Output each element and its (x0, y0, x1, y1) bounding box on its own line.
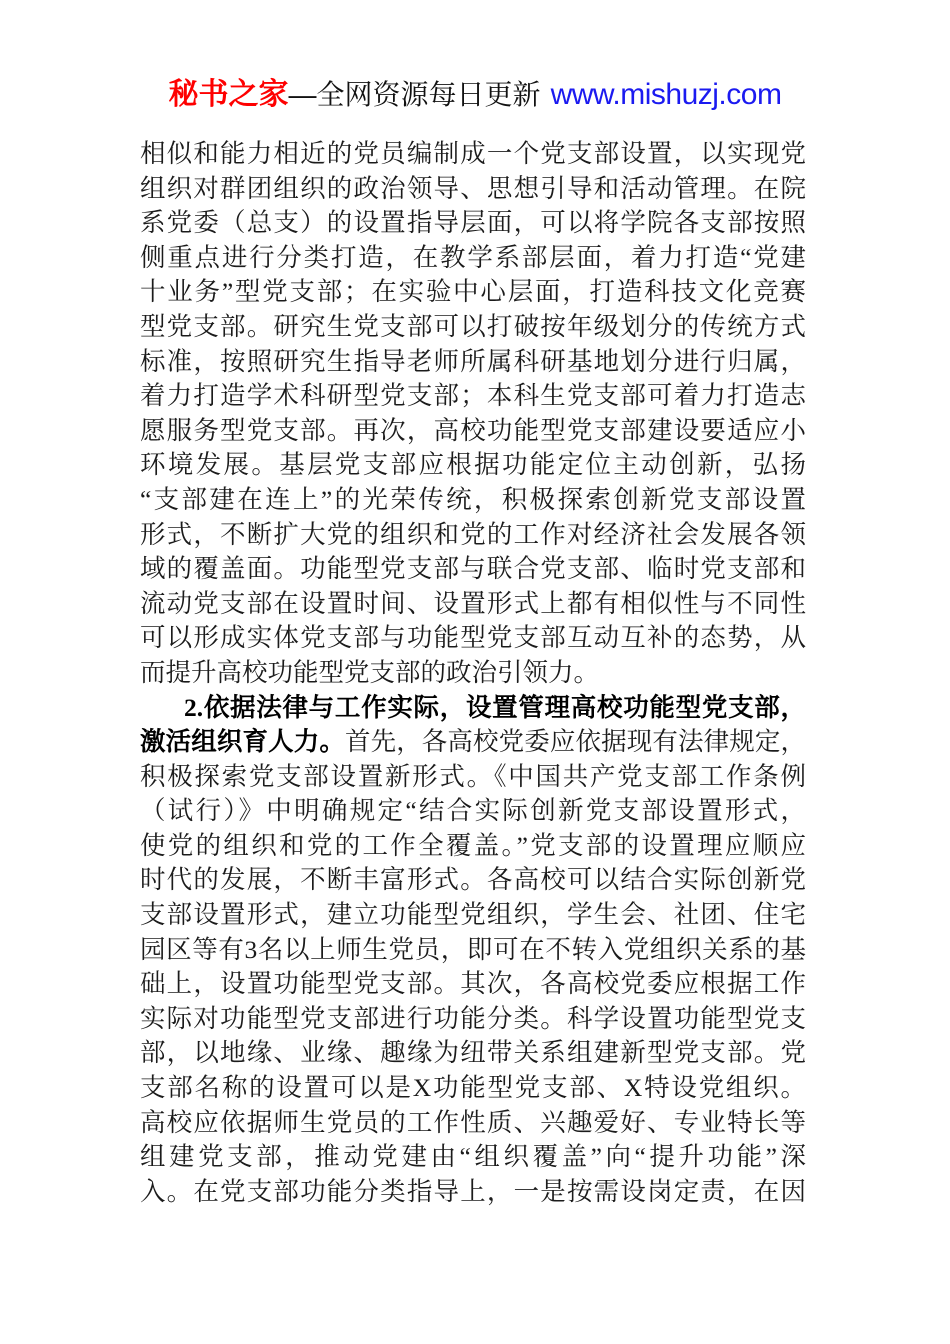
site-name: 秘书之家 (169, 78, 289, 111)
text-line: 支部名称的设置可以是X功能型党支部、X特设党组织。 (140, 1071, 806, 1106)
text-line: 可以形成实体党支部与功能型党支部互动互补的态势，从 (140, 621, 806, 656)
text-line: 组织对群团组织的政治领导、思想引导和活动管理。在院 (140, 172, 806, 207)
text-segment: 支部名称的设置可以是X功能型党支部、X特设党组织。 (140, 1073, 806, 1102)
text-segment: 础上，设置功能型党支部。其次，各高校党委应根据工作 (140, 969, 806, 998)
text-segment: 首先，各高校党委应依据现有法律规定， (345, 727, 806, 756)
text-segment: 形式，不断扩大党的组织和党的工作对经济社会发展各领 (140, 520, 806, 549)
text-line: 础上，设置功能型党支部。其次，各高校党委应根据工作 (140, 967, 806, 1002)
text-segment: 部，以地缘、业缘、趣缘为纽带关系组建新型党支部。党 (140, 1038, 806, 1067)
text-line: 系党委（总支）的设置指导层面，可以将学院各支部按照 (140, 206, 806, 241)
text-segment: 实际对功能型党支部进行功能分类。科学设置功能型党支 (140, 1004, 806, 1033)
text-segment: 型党支部。研究生党支部可以打破按年级划分的传统方式 (140, 312, 806, 341)
text-line: 部，以地缘、业缘、趣缘为纽带关系组建新型党支部。党 (140, 1036, 806, 1071)
text-segment: 组织对群团组织的政治领导、思想引导和活动管理。在院 (140, 174, 806, 203)
text-line: 支部设置形式，建立功能型党组织，学生会、社团、住宅 (140, 898, 806, 933)
text-segment: 支部设置形式，建立功能型党组织，学生会、社团、住宅 (140, 900, 806, 929)
text-line: 实际对功能型党支部进行功能分类。科学设置功能型党支 (140, 1002, 806, 1037)
text-line: 十业务”型党支部；在实验中心层面，打造科技文化竞赛 (140, 275, 806, 310)
text-line: 园区等有3名以上师生党员，即可在不转入党组织关系的基 (140, 933, 806, 968)
text-segment: 可以形成实体党支部与功能型党支部互动互补的态势，从 (140, 623, 806, 652)
text-line: 组建党支部，推动党建由“组织覆盖”向“提升功能”深 (140, 1140, 806, 1175)
site-tagline: 全网资源每日更新 (317, 79, 541, 110)
text-segment: 标准，按照研究生指导老师所属科研基地划分进行归属， (140, 347, 806, 376)
text-line: 着力打造学术科研型党支部；本科生党支部可着力打造志 (140, 379, 806, 414)
text-line: “支部建在连上”的光荣传统，积极探索创新党支部设置 (140, 483, 806, 518)
text-segment: 而提升高校功能型党支部的政治引领力。 (140, 658, 599, 687)
text-segment: 使党的组织和党的工作全覆盖。”党支部的设置理应顺应 (140, 831, 806, 860)
text-segment: 十业务”型党支部；在实验中心层面，打造科技文化竞赛 (140, 277, 806, 306)
text-segment: 组建党支部，推动党建由“组织覆盖”向“提升功能”深 (140, 1142, 806, 1171)
bold-text-segment: 激活组织育人力。 (140, 727, 345, 756)
text-segment: 入。在党支部功能分类指导上，一是按需设岗定责，在因 (140, 1177, 806, 1206)
text-line: 高校应依据师生党员的工作性质、兴趣爱好、专业特长等 (140, 1106, 806, 1141)
site-url-link[interactable]: www.mishuzj.com (551, 78, 782, 111)
bold-text-segment: 2.依据法律与工作实际，设置管理高校功能型党支部， (184, 693, 806, 722)
text-line: 标准，按照研究生指导老师所属科研基地划分进行归属， (140, 345, 806, 380)
text-segment: 着力打造学术科研型党支部；本科生党支部可着力打造志 (140, 381, 806, 410)
text-line: 积极探索党支部设置新形式。《中国共产党支部工作条例 (140, 760, 806, 795)
text-segment: 域的覆盖面。功能型党支部与联合党支部、临时党支部和 (140, 554, 806, 583)
text-line: 形式，不断扩大党的组织和党的工作对经济社会发展各领 (140, 518, 806, 553)
text-segment: （试行）》中明确规定“结合实际创新党支部设置形式， (140, 796, 806, 825)
text-segment: 相似和能力相近的党员编制成一个党支部设置，以实现党 (140, 139, 806, 168)
text-segment: 流动党支部在设置时间、设置形式上都有相似性与不同性 (140, 589, 806, 618)
text-segment: 环境发展。基层党支部应根据功能定位主动创新，弘扬 (140, 450, 806, 479)
document-page: 秘书之家—全网资源每日更新www.mishuzj.com 相似和能力相近的党员编… (0, 0, 950, 1344)
text-line: 域的覆盖面。功能型党支部与联合党支部、临时党支部和 (140, 552, 806, 587)
text-segment: 时代的发展，不断丰富形式。各高校可以结合实际创新党 (140, 865, 806, 894)
text-line: 时代的发展，不断丰富形式。各高校可以结合实际创新党 (140, 863, 806, 898)
text-segment: 系党委（总支）的设置指导层面，可以将学院各支部按照 (140, 208, 806, 237)
text-segment: “支部建在连上”的光荣传统，积极探索创新党支部设置 (140, 485, 806, 514)
header-separator: — (289, 79, 317, 110)
text-line: 流动党支部在设置时间、设置形式上都有相似性与不同性 (140, 587, 806, 622)
text-line: 而提升高校功能型党支部的政治引领力。 (140, 656, 806, 691)
text-line: 环境发展。基层党支部应根据功能定位主动创新，弘扬 (140, 448, 806, 483)
text-line: 愿服务型党支部。再次，高校功能型党支部建设要适应小 (140, 414, 806, 449)
text-line: 侧重点进行分类打造，在教学系部层面，着力打造“党建 (140, 241, 806, 276)
site-header: 秘书之家—全网资源每日更新www.mishuzj.com (0, 72, 950, 118)
text-line: 2.依据法律与工作实际，设置管理高校功能型党支部， (140, 691, 806, 726)
text-line: 激活组织育人力。首先，各高校党委应依据现有法律规定， (140, 725, 806, 760)
document-body: 相似和能力相近的党员编制成一个党支部设置，以实现党组织对群团组织的政治领导、思想… (140, 137, 806, 1209)
text-segment: 高校应依据师生党员的工作性质、兴趣爱好、专业特长等 (140, 1108, 806, 1137)
text-line: 入。在党支部功能分类指导上，一是按需设岗定责，在因 (140, 1175, 806, 1210)
text-line: （试行）》中明确规定“结合实际创新党支部设置形式， (140, 794, 806, 829)
text-segment: 积极探索党支部设置新形式。《中国共产党支部工作条例 (140, 762, 806, 791)
text-segment: 侧重点进行分类打造，在教学系部层面，着力打造“党建 (140, 243, 806, 272)
text-segment: 园区等有3名以上师生党员，即可在不转入党组织关系的基 (140, 935, 806, 964)
text-line: 相似和能力相近的党员编制成一个党支部设置，以实现党 (140, 137, 806, 172)
text-line: 型党支部。研究生党支部可以打破按年级划分的传统方式 (140, 310, 806, 345)
text-segment: 愿服务型党支部。再次，高校功能型党支部建设要适应小 (140, 416, 806, 445)
text-line: 使党的组织和党的工作全覆盖。”党支部的设置理应顺应 (140, 829, 806, 864)
